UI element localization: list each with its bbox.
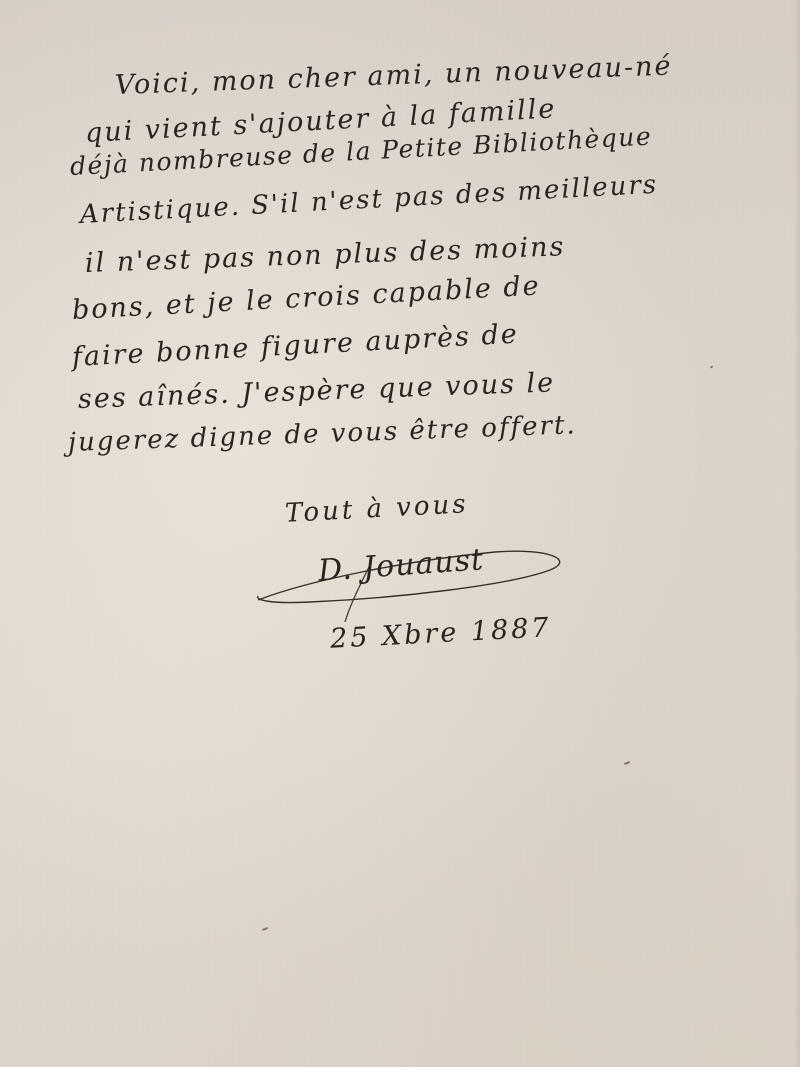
letter-line-4: Artistique. S'il n'est pas des meilleurs xyxy=(79,170,659,230)
paper-speck xyxy=(710,366,714,369)
letter-closing: Tout à vous xyxy=(284,489,469,529)
letter-line-5: il n'est pas non plus des moins xyxy=(84,231,565,279)
paper-speck xyxy=(262,927,268,931)
letter-page: Voici, mon cher ami, un nouveau-né qui v… xyxy=(0,0,800,1067)
letter-line-6: bons, et je le crois capable de xyxy=(71,270,541,326)
paper-speck xyxy=(624,761,630,765)
letter-line-7: faire bonne figure auprès de xyxy=(71,319,519,373)
page-edge-shadow xyxy=(794,0,800,1067)
letter-line-1: Voici, mon cher ami, un nouveau-né xyxy=(114,51,672,101)
letter-line-8: ses aînés. J'espère que vous le xyxy=(77,367,555,415)
letter-line-9: jugerez digne de vous être offert. xyxy=(67,410,577,458)
